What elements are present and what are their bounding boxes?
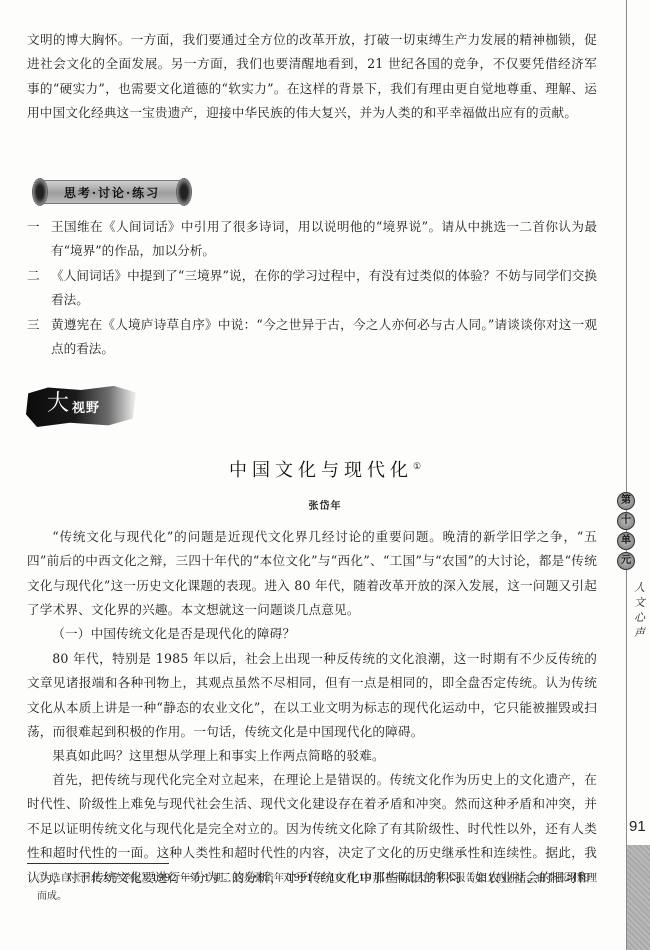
exercise-item: 二 《人间词话》中提到了“三境界”说，在你的学习过程中，有没有过类似的体验？不妨… bbox=[27, 264, 597, 313]
page-edge-tab bbox=[627, 845, 650, 950]
textbook-page: 文明的博大胸怀。一方面，我们要通过全方位的改革开放，打破一切束缚生产力发展的精神… bbox=[0, 0, 650, 950]
footnote: ① 选自《河北大学学报》1992 年第 1 期。这是张岱年 1991 年 10 … bbox=[37, 870, 597, 906]
exercise-text: 《人间词话》中提到了“三境界”说，在你的学习过程中，有没有过类似的体验？不妨与同… bbox=[51, 264, 597, 313]
exercise-section-banner: 思考·讨论·练习 bbox=[42, 180, 182, 204]
footnote-divider bbox=[27, 863, 169, 864]
unit-badges: 第 十 单 元 bbox=[617, 492, 637, 572]
article-subheading: （一）中国传统文化是否是现代化的障碍？ bbox=[27, 622, 597, 646]
article-author: 张岱年 bbox=[0, 497, 650, 512]
unit-name: 人文心声 bbox=[634, 580, 648, 640]
article-title: 中国文化与现代化① bbox=[0, 456, 650, 482]
section-header-label: 视野 bbox=[72, 397, 100, 416]
exercise-text: 王国维在《人间词话》中引用了很多诗词，用以说明他的“境界说”。请从中挑选一二首你… bbox=[51, 215, 597, 264]
exercise-banner-label: 思考·讨论·练习 bbox=[64, 184, 160, 201]
exercise-number: 一 bbox=[27, 215, 51, 239]
scroll-ornament-icon bbox=[176, 178, 192, 206]
exercise-number: 二 bbox=[27, 264, 51, 288]
unit-badge: 第 bbox=[617, 492, 635, 510]
exercise-number: 三 bbox=[27, 313, 51, 337]
unit-badge: 十 bbox=[617, 512, 635, 530]
article-paragraph: “传统文化与现代化”的问题是近现代文化界几经讨论的重要问题。晚清的新学旧学之争，… bbox=[27, 525, 597, 623]
article-paragraph: 果真如此吗？这里想从学理上和事实上作两点简略的驳难。 bbox=[27, 744, 597, 768]
margin-rule bbox=[626, 0, 627, 950]
article-title-text: 中国文化与现代化 bbox=[229, 460, 413, 481]
exercise-item: 一 王国维在《人间词话》中引用了很多诗词，用以说明他的“境界说”。请从中挑选一二… bbox=[27, 215, 597, 264]
exercise-item: 三 黄遵宪在《人境庐诗草自序》中说：“今之世异于古，今之人亦何必与古人同。”请谈… bbox=[27, 313, 597, 362]
section-header-big-char: 大 bbox=[47, 386, 69, 417]
exercise-text: 黄遵宪在《人境庐诗草自序》中说：“今之世异于古，今之人亦何必与古人同。”请谈谈你… bbox=[51, 313, 597, 362]
article-paragraph: 80 年代，特别是 1985 年以后，社会上出现一种反传统的文化浪潮，这一时期有… bbox=[27, 647, 597, 745]
scroll-ornament-icon bbox=[32, 178, 48, 206]
intro-paragraph: 文明的博大胸怀。一方面，我们要通过全方位的改革开放，打破一切束缚生产力发展的精神… bbox=[27, 28, 597, 126]
unit-badge: 元 bbox=[617, 552, 635, 570]
footnote-marker[interactable]: ① bbox=[413, 462, 421, 472]
unit-badge: 单 bbox=[617, 532, 635, 550]
page-number: 91 bbox=[629, 818, 646, 835]
